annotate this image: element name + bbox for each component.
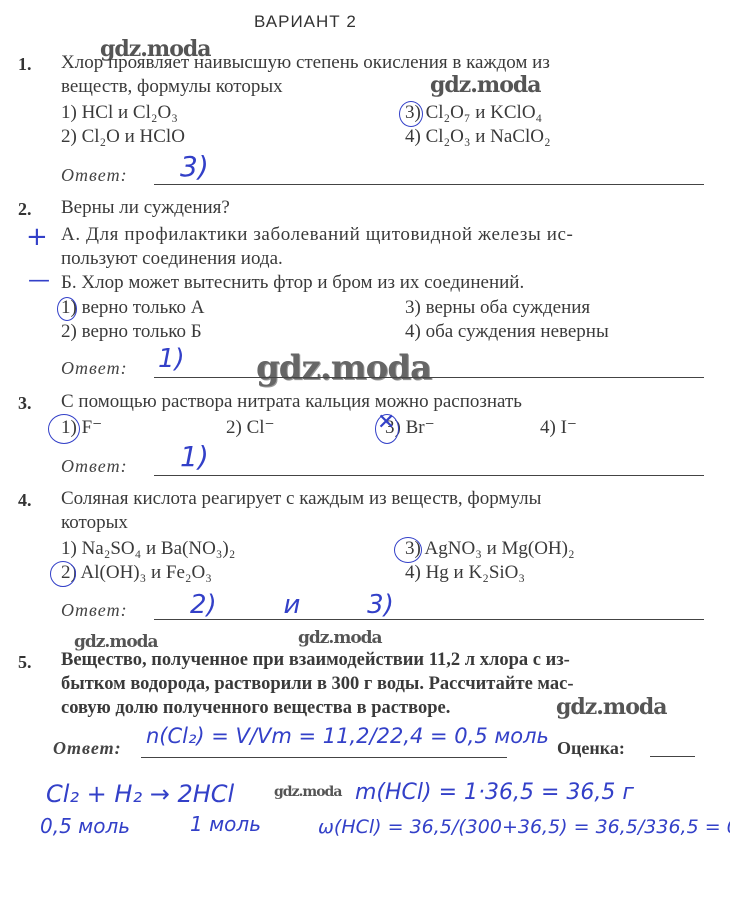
- option-3[interactable]: 3) Cl₂O₇ и KClO₄: [405, 102, 542, 124]
- handwritten-answer[interactable]: 1): [180, 440, 209, 473]
- option-2[interactable]: 2) Al(OH)₃ и Fe₂O₃: [61, 562, 212, 584]
- circle-mark-icon: [399, 101, 423, 127]
- question-text: которых: [61, 512, 128, 534]
- statement-b: Б. Хлор может вытеснить фтор и бром из и…: [61, 272, 524, 294]
- circle-mark-icon: [50, 561, 76, 587]
- question-text: Соляная кислота реагирует с каждым из ве…: [61, 488, 541, 510]
- grade-line[interactable]: [650, 756, 695, 757]
- handwritten-moles: 1 моль: [190, 812, 261, 836]
- question-number: 1.: [18, 54, 32, 75]
- option-3[interactable]: 3) AgNO₃ и Mg(OH)₂: [405, 538, 575, 560]
- answer-label: Ответ:: [61, 358, 128, 379]
- question-text: Верны ли суждения?: [61, 197, 230, 219]
- cross-mark-icon: ✕: [377, 410, 395, 435]
- statement-a: А. Для профилактики заболеваний щитовидн…: [61, 224, 573, 246]
- answer-label: Ответ:: [61, 456, 128, 477]
- question-number: 2.: [18, 199, 32, 220]
- circle-mark-icon: [48, 414, 80, 444]
- handwritten-answer[interactable]: 3): [180, 150, 209, 183]
- option-2[interactable]: 2) Cl⁻: [226, 416, 275, 439]
- option-1[interactable]: 1) Na₂SO₄ и Ba(NO₃)₂: [61, 538, 235, 560]
- watermark: gdz.moda: [556, 694, 667, 720]
- answer-line: [154, 377, 704, 378]
- answer-label: Ответ:: [61, 600, 128, 621]
- watermark: gdz.moda: [74, 632, 158, 652]
- variant-title: ВАРИАНТ 2: [254, 12, 357, 32]
- plus-mark-icon: +: [26, 222, 48, 252]
- handwritten-answer[interactable]: 1): [158, 344, 185, 374]
- watermark: gdz.moda: [430, 72, 541, 98]
- answer-line: [141, 757, 507, 758]
- answer-label: Ответ:: [61, 165, 128, 186]
- question-text: Хлор проявляет наивысшую степень окислен…: [61, 52, 550, 74]
- answer-label: Ответ:: [53, 738, 122, 759]
- answer-line: [154, 184, 704, 185]
- option-1[interactable]: 1) верно только А: [61, 297, 204, 319]
- option-1[interactable]: 1) HCl и Cl₂O₃: [61, 102, 178, 124]
- handwritten-answer[interactable]: 2) и 3): [190, 590, 394, 620]
- question-number: 3.: [18, 393, 32, 414]
- watermark: gdz.moda: [298, 628, 382, 648]
- option-4[interactable]: 4) оба суждения неверны: [405, 321, 609, 343]
- question-text: веществ, формулы которых: [61, 76, 283, 98]
- circle-mark-icon: [394, 537, 422, 563]
- question-text: С помощью раствора нитрата кальция можно…: [61, 391, 522, 413]
- statement-a: пользуют соединения иода.: [61, 248, 283, 270]
- handwritten-moles: 0,5 моль: [40, 814, 130, 838]
- grade-label: Оценка:: [557, 738, 625, 759]
- question-number: 5.: [18, 652, 32, 673]
- question-number: 4.: [18, 490, 32, 511]
- option-2[interactable]: 2) Cl₂O и HClO: [61, 126, 185, 148]
- question-text: совую долю полученного вещества в раство…: [61, 698, 450, 719]
- circle-mark-icon: [57, 297, 77, 321]
- question-text: бытком водорода, растворили в 300 г воды…: [61, 674, 574, 695]
- option-4[interactable]: 4) Cl₂O₃ и NaClO₂: [405, 126, 551, 148]
- handwritten-answer[interactable]: n(Cl₂) = V/Vm = 11,2/22,4 = 0,5 моль: [146, 724, 549, 748]
- watermark: gdz.moda: [274, 784, 341, 800]
- question-text: Вещество, полученное при взаимодействии …: [61, 650, 570, 671]
- handwritten-fraction: ω(HCl) = 36,5/(300+36,5) = 36,5/336,5 = …: [318, 816, 730, 838]
- handwritten-mass: m(HCl) = 1·36,5 = 36,5 г: [355, 780, 634, 805]
- minus-mark-icon: —: [28, 268, 50, 293]
- watermark: gdz.moda: [256, 348, 431, 388]
- option-2[interactable]: 2) верно только Б: [61, 321, 202, 343]
- handwritten-equation: Cl₂ + H₂ → 2HCl: [46, 780, 234, 808]
- answer-line: [154, 475, 704, 476]
- option-4[interactable]: 4) Hg и K₂SiO₃: [405, 562, 525, 584]
- option-4[interactable]: 4) I⁻: [540, 416, 577, 439]
- option-3[interactable]: 3) верны оба суждения: [405, 297, 590, 319]
